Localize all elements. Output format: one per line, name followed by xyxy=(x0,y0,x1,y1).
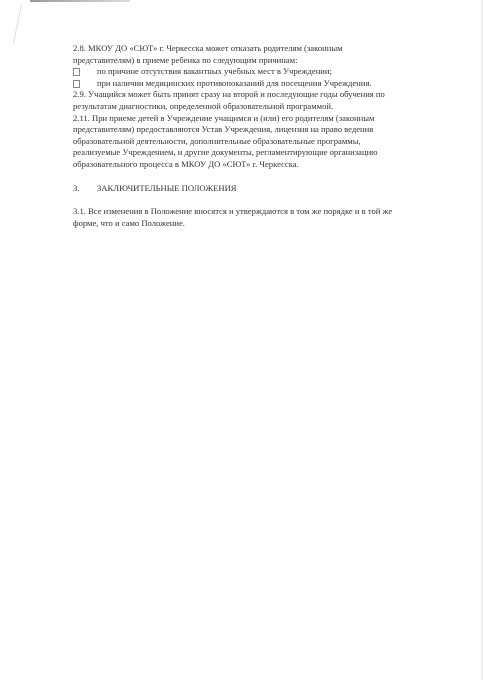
text-line: образовательной деятельности, дополнител… xyxy=(73,136,443,148)
text-line: форме, что и само Положение. xyxy=(73,218,443,230)
list-item-text: при наличии медицинских противопоказаний… xyxy=(97,78,372,90)
section-number: 3. xyxy=(73,183,97,195)
scan-artifact-edge xyxy=(13,4,22,43)
section-heading: 3. ЗАКЛЮЧИТЕЛЬНЫЕ ПОЛОЖЕНИЯ xyxy=(73,183,443,195)
section-title: ЗАКЛЮЧИТЕЛЬНЫЕ ПОЛОЖЕНИЯ xyxy=(97,183,237,195)
text-line: 2.11. При приеме детей в Учреждение учащ… xyxy=(73,113,443,125)
text-line: 3.1. Все изменения в Положение вносятся … xyxy=(73,206,443,218)
scan-artifact-top xyxy=(30,0,130,2)
list-item-text: по причине отсутствия вакантных учебных … xyxy=(97,66,332,78)
text-line: представителям) предоставляются Устав Уч… xyxy=(73,124,443,136)
text-line: 2.8. МКОУ ДО «СЮТ» г. Черкесска может от… xyxy=(73,43,443,55)
paragraph-3-1: 3.1. Все изменения в Положение вносятся … xyxy=(73,206,443,229)
bullet-box-icon xyxy=(73,68,80,76)
paragraph-2-8: 2.8. МКОУ ДО «СЮТ» г. Черкесска может от… xyxy=(73,43,443,89)
list-item: при наличии медицинских противопоказаний… xyxy=(73,78,443,90)
text-line: образовательного процесса в МКОУ ДО «СЮТ… xyxy=(73,159,443,171)
paragraph-2-11: 2.11. При приеме детей в Учреждение учащ… xyxy=(73,113,443,171)
list-item: по причине отсутствия вакантных учебных … xyxy=(73,66,443,78)
text-line: 2.9. Учащийся может быть принят сразу на… xyxy=(73,89,443,101)
text-line: результатам диагностики, определенной об… xyxy=(73,101,443,113)
bullet-box-icon xyxy=(73,80,80,88)
text-line: реализуемые Учреждением, и другие докуме… xyxy=(73,147,443,159)
paragraph-2-9: 2.9. Учащийся может быть принят сразу на… xyxy=(73,89,443,112)
document-page: 2.8. МКОУ ДО «СЮТ» г. Черкесска может от… xyxy=(73,43,443,229)
text-line: представителям) в приеме ребенка по след… xyxy=(73,55,443,67)
